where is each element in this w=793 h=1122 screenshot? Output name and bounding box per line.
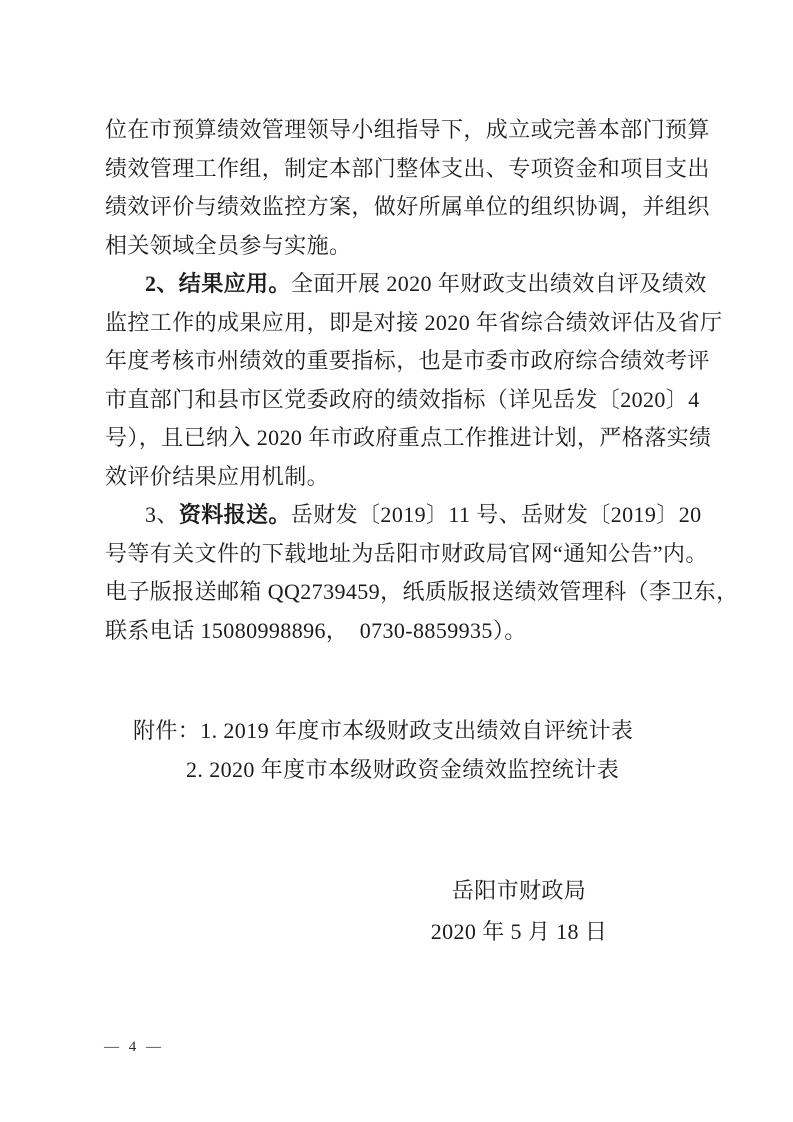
body-line: 位在市预算绩效管理领导小组指导下，成立或完善本部门预算 xyxy=(105,111,720,150)
line-text: 位在市预算绩效管理领导小组指导下，成立或完善本部门预算 xyxy=(105,117,710,142)
line-bold-run: 资料报送。 xyxy=(179,502,291,527)
body-line: 2、结果应用。全面开展 2020 年财政支出绩效自评及绩效 xyxy=(105,265,720,304)
body-line: 电子版报送邮箱 QQ2739459，纸质版报送绩效管理科（李卫东， xyxy=(105,573,720,612)
line-prefix: 3、 xyxy=(145,502,179,527)
attachment-list: 附件：1. 2019 年度市本级财政支出绩效自评统计表 2. 2020 年度市本… xyxy=(133,712,633,789)
body-line: 年度考核市州绩效的重要指标，也是市委市政府综合绩效考评 xyxy=(105,342,720,381)
line-text: 电子版报送邮箱 QQ2739459，纸质版报送绩效管理科（李卫东， xyxy=(105,579,738,604)
body-line: 号），且已纳入 2020 年市政府重点工作推进计划，严格落实绩 xyxy=(105,419,720,458)
body-line: 相关领域全员参与实施。 xyxy=(105,227,720,266)
line-text: 岳财发〔2019〕11 号、岳财发〔2019〕20 xyxy=(291,502,702,527)
document-page: 位在市预算绩效管理领导小组指导下，成立或完善本部门预算 绩效管理工作组，制定本部… xyxy=(0,0,793,1122)
body-line: 监控工作的成果应用，即是对接 2020 年省综合绩效评估及省厅 xyxy=(105,304,720,343)
signature-block: 岳阳市财政局 2020 年 5 月 18 日 xyxy=(428,870,610,952)
line-text: 相关领域全员参与实施。 xyxy=(105,233,351,258)
line-text: 绩效管理工作组，制定本部门整体支出、专项资金和项目支出 xyxy=(105,156,710,181)
line-text: 联系电话 15080998896， 0730-8859935）。 xyxy=(105,618,527,643)
attachment-item-1: 附件：1. 2019 年度市本级财政支出绩效自评统计表 xyxy=(133,712,633,751)
body-line: 联系电话 15080998896， 0730-8859935）。 xyxy=(105,612,720,651)
signature-org: 岳阳市财政局 xyxy=(428,870,610,911)
line-text: 绩效评价与绩效监控方案，做好所属单位的组织协调，并组织 xyxy=(105,194,710,219)
body-line: 3、资料报送。岳财发〔2019〕11 号、岳财发〔2019〕20 xyxy=(105,496,720,535)
body-line: 效评价结果应用机制。 xyxy=(105,458,720,497)
attachment-item-2: 2. 2020 年度市本级财政资金绩效监控统计表 xyxy=(133,751,633,790)
line-text: 效评价结果应用机制。 xyxy=(105,464,329,489)
line-text: 年度考核市州绩效的重要指标，也是市委市政府综合绩效考评 xyxy=(105,348,710,373)
body-line: 市直部门和县市区党委政府的绩效指标（详见岳发〔2020〕4 xyxy=(105,381,720,420)
body-line: 绩效评价与绩效监控方案，做好所属单位的组织协调，并组织 xyxy=(105,188,720,227)
document-body: 位在市预算绩效管理领导小组指导下，成立或完善本部门预算 绩效管理工作组，制定本部… xyxy=(105,111,720,650)
signature-date: 2020 年 5 月 18 日 xyxy=(428,911,610,952)
body-line: 绩效管理工作组，制定本部门整体支出、专项资金和项目支出 xyxy=(105,150,720,189)
body-line: 号等有关文件的下载地址为岳阳市财政局官网“通知公告”内。 xyxy=(105,535,720,574)
line-text: 号），且已纳入 2020 年市政府重点工作推进计划，严格落实绩 xyxy=(105,425,711,450)
line-bold-run: 2、结果应用。 xyxy=(145,271,291,296)
line-text: 全面开展 2020 年财政支出绩效自评及绩效 xyxy=(291,271,707,296)
page-number: — 4 — xyxy=(104,1039,164,1056)
line-text: 监控工作的成果应用，即是对接 2020 年省综合绩效评估及省厅 xyxy=(105,310,722,335)
line-text: 市直部门和县市区党委政府的绩效指标（详见岳发〔2020〕4 xyxy=(105,387,700,412)
line-text: 号等有关文件的下载地址为岳阳市财政局官网“通知公告”内。 xyxy=(105,541,708,566)
